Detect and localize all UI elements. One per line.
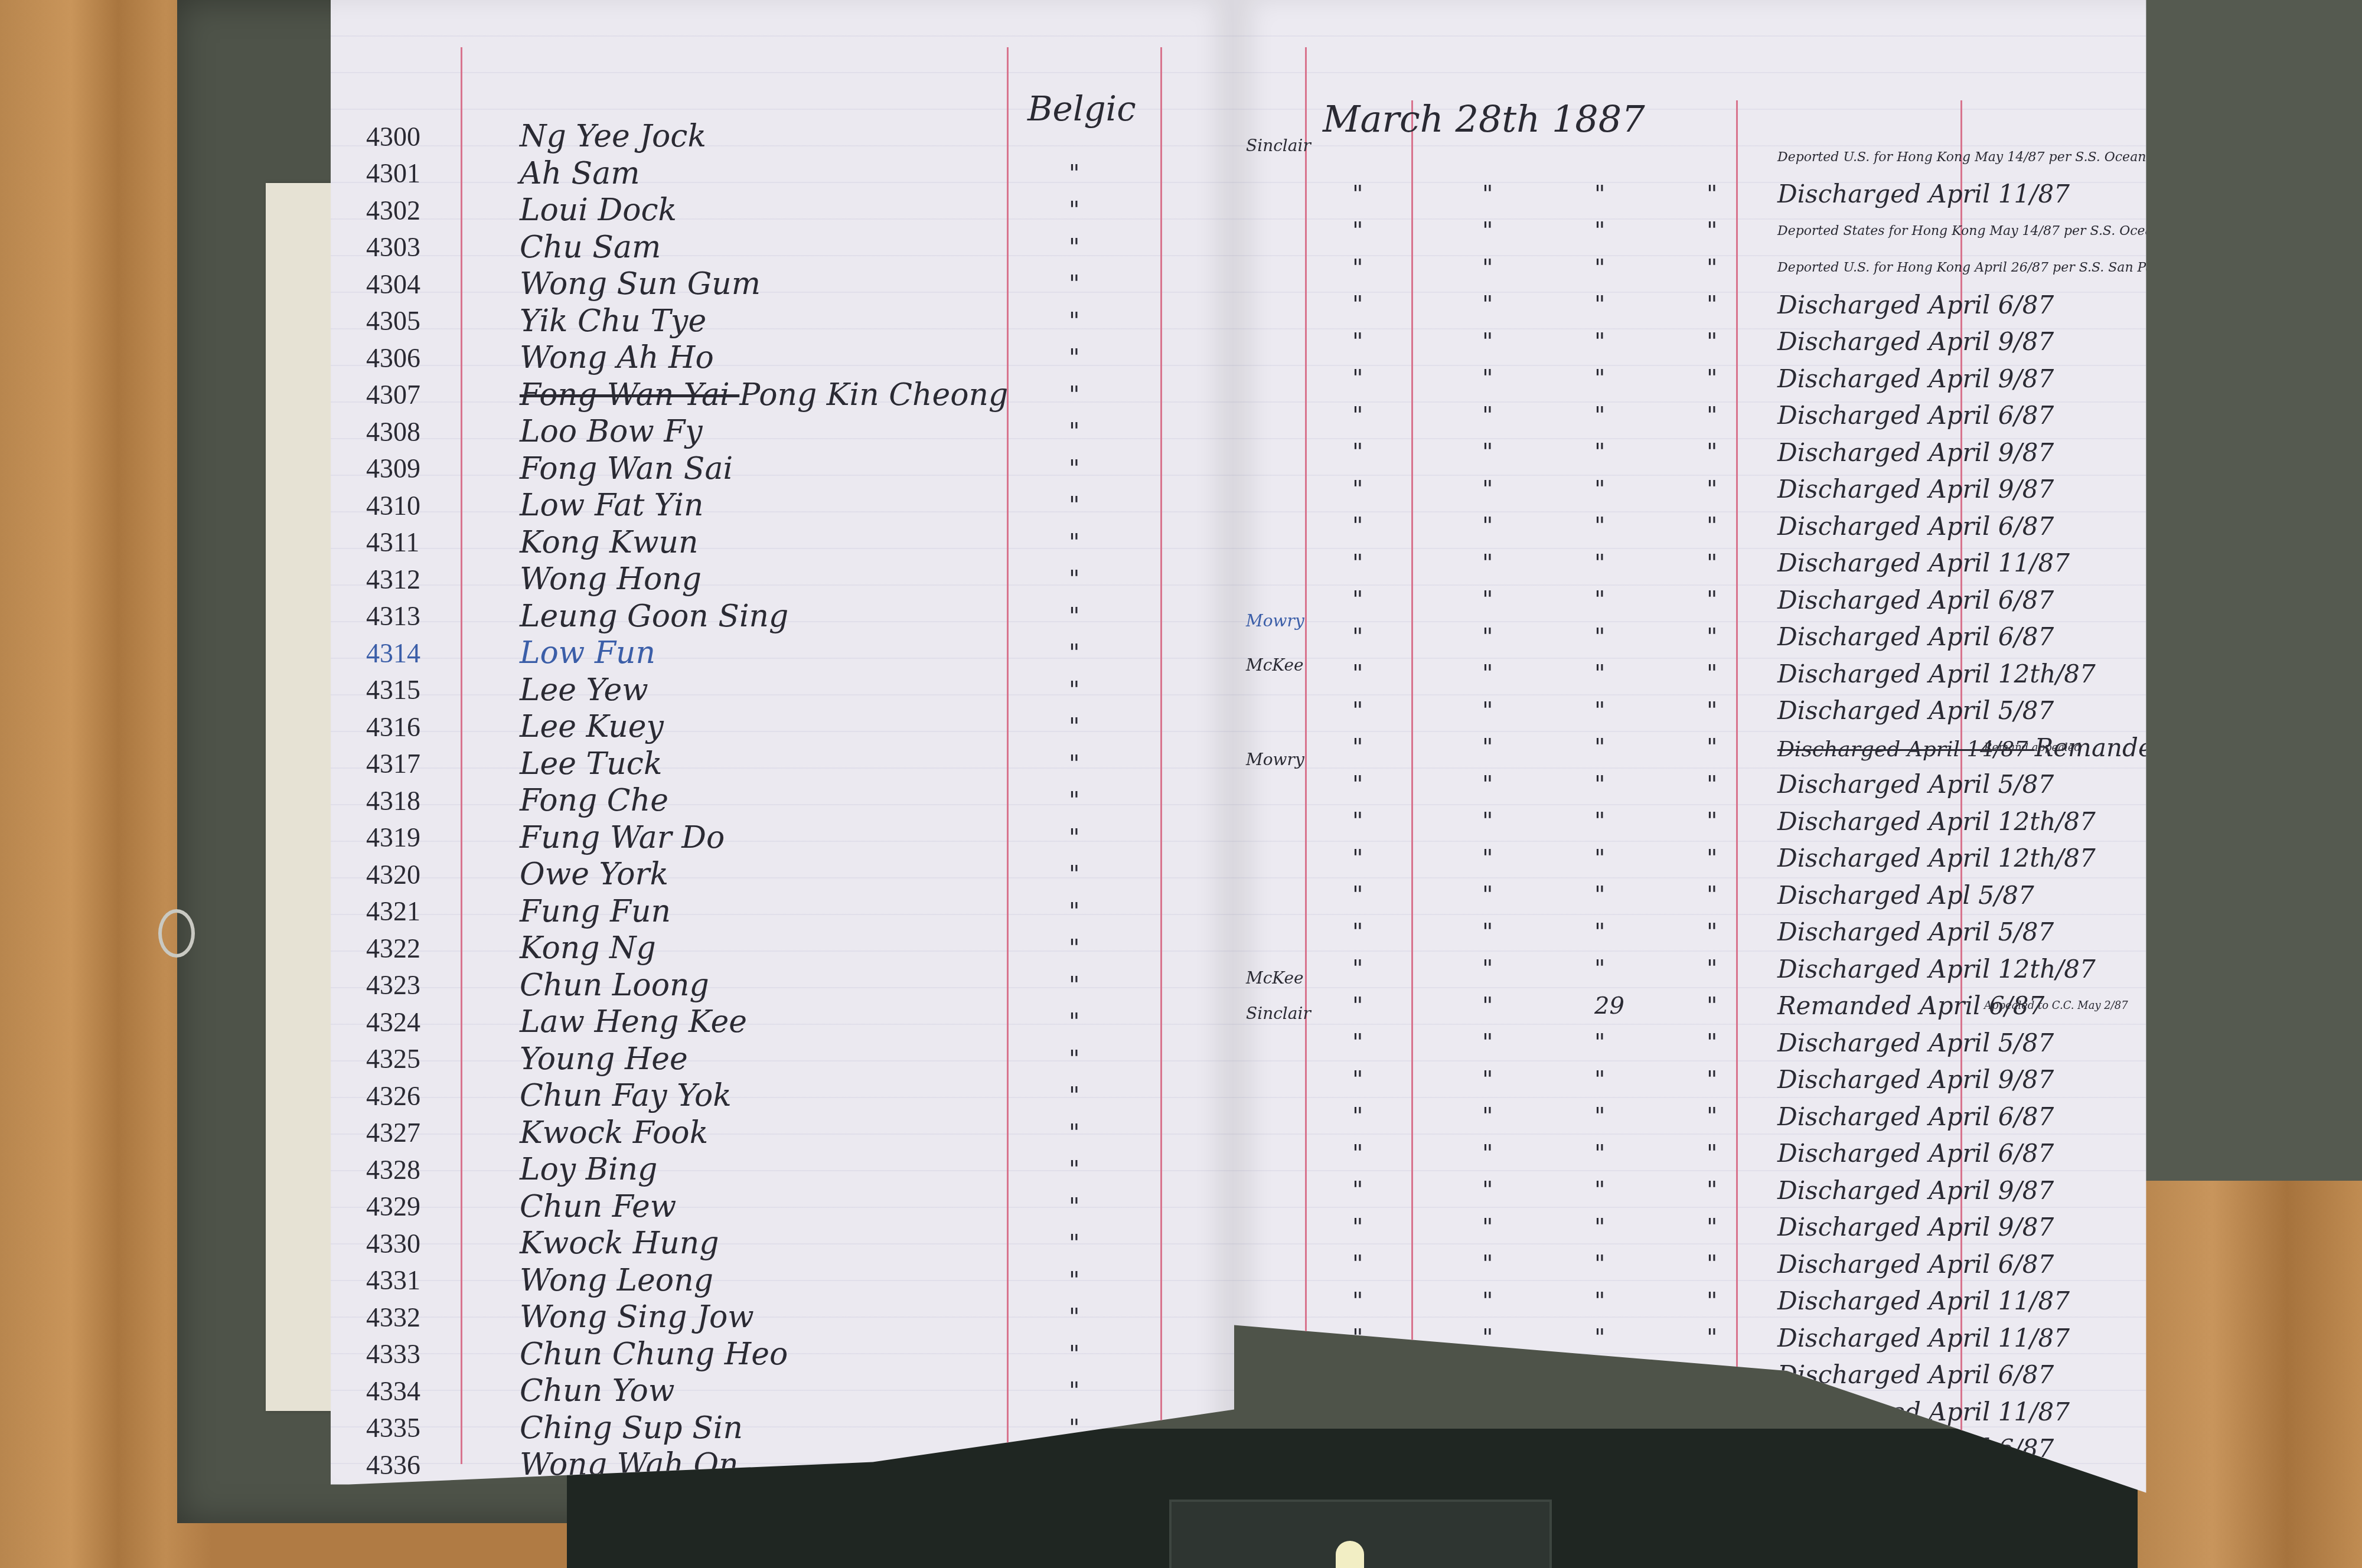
ditto-mark: " — [1594, 1288, 1605, 1315]
disposition-remark: Discharged April 9/87 — [1777, 475, 2054, 504]
ditto-mark: " — [1069, 1341, 1079, 1368]
name-text: Fung Fun — [520, 894, 671, 929]
entry-name: Fung War Do — [520, 820, 725, 855]
ditto-mark: " — [1069, 1046, 1079, 1073]
entry-number: 4323 — [366, 969, 461, 1001]
remark-row: """"Discharged April 6/87 — [1234, 619, 2149, 655]
ditto-mark: " — [1069, 824, 1079, 851]
entry-name: Law Heng Kee — [520, 1004, 747, 1040]
ditto-mark: " — [1069, 197, 1079, 224]
ditto-mark: " — [1482, 881, 1493, 909]
ledger-entry-row: 4314Low Fun" — [331, 635, 1216, 671]
entry-number: 4331 — [366, 1265, 461, 1296]
ditto-mark: " — [1352, 1214, 1363, 1241]
ditto-mark: " — [1594, 919, 1605, 946]
entry-name: Wong Hong — [520, 561, 702, 597]
entry-name: Kong Kwun — [520, 525, 698, 560]
ditto-mark: " — [1069, 566, 1079, 593]
ditto-mark: " — [1594, 808, 1605, 835]
wood-table-right — [2138, 1181, 2362, 1568]
remark-text: Discharged April 6/87 — [1777, 401, 2054, 430]
name-text: Wong Leong — [520, 1263, 713, 1298]
remark-text: Discharged April 6/87 — [1777, 512, 2054, 541]
ledger-entry-row: 4328Loy Bing" — [331, 1151, 1216, 1188]
ditto-mark: " — [1352, 291, 1363, 318]
entry-number: 4319 — [366, 822, 461, 853]
ditto-mark: " — [1707, 586, 1717, 613]
ledger-entry-row: 4334Chun Yow" — [331, 1373, 1216, 1409]
remark-text: Discharged April 9/87 — [1777, 1176, 2054, 1205]
name-text: Chun Chung Heo — [520, 1337, 788, 1372]
remark-text: Discharged April 11/87 — [1777, 1286, 2070, 1315]
entry-name: Ah Sam — [520, 156, 640, 191]
ditto-mark: " — [1707, 476, 1717, 503]
ditto-mark: " — [1594, 1177, 1605, 1204]
ledger-entry-row: 4326Chun Fay Yok" — [331, 1077, 1216, 1114]
name-text: Lee Kuey — [520, 709, 664, 744]
ditto-mark: " — [1707, 512, 1717, 540]
ditto-mark: " — [1352, 1103, 1363, 1130]
stand-light — [1336, 1541, 1364, 1568]
ditto-mark: " — [1069, 603, 1079, 630]
name-text: Wong Hong — [520, 561, 702, 597]
ditto-mark: " — [1594, 660, 1605, 687]
ledger-entry-row: 4310Low Fat Yin" — [331, 487, 1216, 524]
entry-number: 4310 — [366, 490, 461, 521]
ditto-mark: " — [1352, 1177, 1363, 1204]
ditto-mark: " — [1482, 365, 1493, 392]
disposition-remark: Discharged April 6/87 — [1777, 1139, 2054, 1168]
disposition-remark: Discharged April 6/87 — [1777, 401, 2054, 430]
ditto-mark: " — [1594, 1029, 1605, 1056]
ditto-mark: " — [1594, 1324, 1605, 1351]
entry-name: Ching Sup Sin — [520, 1410, 743, 1446]
ledger-entry-row: 4331Wong Leong" — [331, 1262, 1216, 1299]
entry-number: 4309 — [366, 453, 461, 484]
ditto-mark: " — [1707, 1288, 1717, 1315]
ditto-mark: " — [1352, 955, 1363, 982]
ditto-mark: " — [1352, 586, 1363, 613]
ditto-mark: " — [1069, 677, 1079, 704]
remark-text: Discharged April 5/87 — [1777, 696, 2054, 725]
ditto-mark: " — [1707, 808, 1717, 835]
remark-row: """"Discharged Apl 5/87 — [1234, 877, 2149, 913]
name-text: Low Fun — [520, 635, 655, 671]
ditto-mark: " — [1707, 254, 1717, 282]
ditto-mark: " — [1707, 992, 1717, 1020]
entry-number: 4314 — [366, 638, 461, 669]
remark-row: """"Discharged April 5/87 — [1234, 1024, 2149, 1061]
remark-row: """"Discharged April 9/87 — [1234, 471, 2149, 508]
name-text: Law Heng Kee — [520, 1004, 747, 1040]
entry-number: 4326 — [366, 1080, 461, 1112]
ditto-mark: " — [1069, 1008, 1079, 1035]
ditto-mark: " — [1069, 787, 1079, 814]
remark-text: Discharged April 9/87 — [1777, 1065, 2054, 1094]
ditto-mark: " — [1594, 439, 1605, 466]
remark-text: Discharged April 12th/87 — [1777, 807, 2096, 836]
disposition-remark: Discharged April 12th/87 — [1777, 955, 2096, 984]
entry-number: 4303 — [366, 231, 461, 263]
ditto-mark: " — [1594, 1250, 1605, 1278]
ledger-entry-row: 4324Law Heng Kee" — [331, 1004, 1216, 1040]
ditto-mark: " — [1069, 1377, 1079, 1404]
name-text: Ng Yee Jock — [520, 119, 706, 154]
arrival-date-header: March 28th 1887 — [1323, 97, 1645, 141]
remark-text: Discharged April 11/87 — [1777, 179, 2070, 208]
ledger-entry-row: 4305Yik Chu Tye" — [331, 303, 1216, 339]
name-text: Loo Bow Fy — [520, 414, 703, 449]
remark-row: """"Discharged April 12th/87 — [1234, 803, 2149, 839]
ditto-mark: " — [1594, 550, 1605, 577]
entry-name: Chun Few — [520, 1189, 676, 1224]
ditto-mark: " — [1352, 660, 1363, 687]
ledger-entry-row: 4319Fung War Do" — [331, 819, 1216, 856]
ditto-mark: " — [1594, 845, 1605, 872]
entry-name: Lee Yew — [520, 672, 648, 708]
name-text: Fong Wan Sai — [520, 451, 733, 486]
entry-number: 4327 — [366, 1117, 461, 1148]
ditto-mark: " — [1069, 492, 1079, 519]
entry-number: 4333 — [366, 1338, 461, 1370]
ditto-mark: " — [1352, 254, 1363, 282]
ledger-entry-row: 4333Chun Chung Heo" — [331, 1336, 1216, 1373]
remark-row: """"Discharged April 11/87 — [1234, 545, 2149, 582]
entry-number: 4316 — [366, 711, 461, 743]
remark-row: """"Discharged April 6/87 — [1234, 508, 2149, 544]
remark-row: """"Discharged April 9/87 — [1234, 1209, 2149, 1246]
ditto-mark: " — [1069, 1304, 1079, 1331]
entry-name: Loo Bow Fy — [520, 414, 703, 449]
entry-name: Wong Leong — [520, 1263, 713, 1298]
entry-number: 4336 — [366, 1449, 461, 1481]
entry-number: 4301 — [366, 158, 461, 189]
disposition-remark: Discharged April 11/87 — [1777, 1324, 2070, 1353]
ditto-mark: " — [1352, 402, 1363, 429]
ditto-mark: " — [1069, 234, 1079, 261]
ditto-mark: " — [1707, 402, 1717, 429]
remark-row: """"Discharged April 12th/87 — [1234, 950, 2149, 987]
remark-row: """"Discharged April 5/87 — [1234, 692, 2149, 729]
ditto-mark: " — [1069, 713, 1079, 740]
ditto-mark: " — [1707, 955, 1717, 982]
ditto-mark: " — [1707, 1250, 1717, 1278]
disposition-remark: Discharged April 9/87 — [1777, 438, 2054, 467]
remark-row: """"Discharged April 14/87 Remanded May … — [1234, 729, 2149, 766]
entry-number: 4302 — [366, 195, 461, 226]
ditto-mark: " — [1482, 1177, 1493, 1204]
ditto-mark: " — [1482, 919, 1493, 946]
remark-text: Discharged April 5/87 — [1777, 770, 2054, 799]
ditto-mark: " — [1707, 1177, 1717, 1204]
disposition-remark: Discharged April 9/87 — [1777, 1176, 2054, 1205]
remark-row: """"Discharged April 9/87 — [1234, 1172, 2149, 1208]
disposition-remark: Discharged April 6/87 — [1777, 1250, 2054, 1279]
remark-text: Discharged April 9/87 — [1777, 327, 2054, 356]
entry-name: Chu Sam — [520, 230, 661, 265]
ditto-mark: " — [1594, 512, 1605, 540]
entry-number: 4304 — [366, 269, 461, 300]
ditto-mark: " — [1594, 1214, 1605, 1241]
name-text: Ah Sam — [520, 156, 640, 191]
ledger-entry-row: 4301Ah Sam" — [331, 155, 1216, 192]
disposition-remark: Discharged April 6/87 — [1777, 586, 2054, 615]
green-board-right — [2126, 0, 2362, 1181]
remark-row: """"Discharged April 6/87 — [1234, 582, 2149, 618]
ditto-mark: " — [1594, 734, 1605, 761]
entry-number: 4305 — [366, 305, 461, 337]
ditto-mark: " — [1352, 1066, 1363, 1093]
ledger-entry-row: 4315Lee Yew" — [331, 672, 1216, 708]
disposition-remark: Discharged April 6/87 — [1777, 622, 2054, 651]
disposition-remark: Discharged April 12th/87 — [1777, 807, 2096, 836]
disposition-remark: Discharged April 12th/87 — [1777, 659, 2096, 688]
ditto-mark: " — [1707, 550, 1717, 577]
officer-name: Mowry — [1246, 611, 1304, 631]
ditto-mark: " — [1069, 750, 1079, 778]
officer-name: Mowry — [1246, 750, 1304, 769]
ditto-mark: " — [1707, 1324, 1717, 1351]
ledger-entry-row: 4312Wong Hong" — [331, 561, 1216, 597]
entry-name: Ng Yee Jock — [520, 119, 706, 154]
ditto-mark: " — [1069, 1230, 1079, 1257]
ditto-mark: " — [1482, 660, 1493, 687]
remark-row: """"Discharged April 9/87 — [1234, 434, 2149, 471]
ditto-mark: " — [1352, 365, 1363, 392]
disposition-remark: Discharged April 5/87 — [1777, 917, 2054, 946]
officer-name: McKee — [1246, 968, 1304, 988]
remark-text: Discharged April 6/87 — [1777, 1139, 2054, 1168]
entry-number: 4312 — [366, 564, 461, 595]
remark-row: """"Discharged April 6/87 — [1234, 1246, 2149, 1282]
ledger-entry-row: 4306Wong Ah Ho" — [331, 339, 1216, 376]
name-text: Lee Tuck — [520, 746, 662, 782]
ditto-mark: " — [1352, 881, 1363, 909]
ditto-mark: " — [1069, 160, 1079, 187]
ledger-entry-row: 4321Fung Fun" — [331, 893, 1216, 930]
entry-name: Yik Chu Tye — [520, 303, 706, 339]
ditto-mark: " — [1594, 1066, 1605, 1093]
remark-text: Discharged April 6/87 — [1777, 622, 2054, 651]
remark-row: """"Discharged April 11/87 — [1234, 176, 2149, 213]
ditto-mark: " — [1594, 402, 1605, 429]
ditto-mark: " — [1352, 1140, 1363, 1167]
struck-name: Fong Wan Yai — [520, 377, 739, 413]
ditto-mark: " — [1069, 639, 1079, 667]
ditto-mark: " — [1352, 623, 1363, 651]
entry-number: 4311 — [366, 527, 461, 558]
remark-row: """"Discharged April 11/87 — [1234, 1283, 2149, 1319]
ditto-mark: " — [1482, 512, 1493, 540]
name-text: Pong Kin Cheong — [739, 377, 1008, 413]
remark-text: Discharged April 5/87 — [1777, 1028, 2054, 1057]
name-text: Wong Sun Gum — [520, 266, 761, 302]
side-note: Appealed to C.C. May 2/87 — [1984, 999, 2128, 1012]
disposition-remark: Discharged Apl 5/87 — [1777, 881, 2034, 910]
ditto-mark: 29 — [1594, 992, 1624, 1020]
ledger-right-page: March 28th 1887 Deported U.S. for Hong K… — [1234, 0, 2155, 1523]
ditto-mark: " — [1482, 955, 1493, 982]
name-text: Yik Chu Tye — [520, 303, 706, 339]
entry-name: Chun Fay Yok — [520, 1078, 732, 1113]
remark-text: Discharged April 6/87 — [1777, 586, 2054, 615]
ditto-mark: " — [1707, 881, 1717, 909]
remark-text: Discharged April 6/87 — [1777, 1250, 2054, 1279]
remark-text: Discharged April 5/87 — [1777, 917, 2054, 946]
name-text: Owe York — [520, 857, 668, 892]
ledger-entry-row: 4329Chun Few" — [331, 1188, 1216, 1225]
binder-ring-icon — [158, 909, 195, 958]
disposition-remark: Discharged April 6/87 — [1777, 290, 2054, 319]
disposition-remark: Discharged April 6/87 — [1777, 512, 2054, 541]
entry-number: 4324 — [366, 1007, 461, 1038]
ditto-mark: " — [1352, 771, 1363, 798]
entry-number: 4332 — [366, 1302, 461, 1333]
ditto-mark: " — [1352, 734, 1363, 761]
entry-name: Fong Wan Sai — [520, 451, 733, 486]
ditto-mark: " — [1352, 1288, 1363, 1315]
name-text: Fung War Do — [520, 820, 725, 855]
ditto-mark: " — [1594, 365, 1605, 392]
disposition-remark: Discharged April 5/87 — [1777, 696, 2054, 725]
ledger-entry-row: 4313Leung Goon Sing" — [331, 598, 1216, 635]
ditto-mark: " — [1482, 845, 1493, 872]
entry-name: Fung Fun — [520, 894, 671, 929]
ledger-entry-row: 4332Wong Sing Jow" — [331, 1299, 1216, 1335]
ditto-mark: " — [1594, 1140, 1605, 1167]
entry-name: Wong Ah Ho — [520, 340, 714, 375]
ditto-mark: " — [1069, 1119, 1079, 1146]
ledger-entry-row: 4304Wong Sun Gum" — [331, 266, 1216, 302]
ditto-mark: " — [1482, 771, 1493, 798]
ditto-mark: " — [1069, 344, 1079, 371]
entry-name: Fong Wan Yai Pong Kin Cheong — [520, 377, 1008, 413]
remark-row: """"Deported U.S. for Hong Kong April 26… — [1234, 250, 2149, 286]
name-text: Wong Sing Jow — [520, 1299, 754, 1335]
entry-name: Kwock Hung — [520, 1226, 719, 1261]
disposition-remark: Discharged April 11/87 — [1777, 548, 2070, 577]
remark-row: """"Discharged April 6/87 — [1234, 286, 2149, 323]
ditto-mark: " — [1482, 291, 1493, 318]
ditto-mark: " — [1482, 1140, 1493, 1167]
entry-number: 4322 — [366, 933, 461, 964]
ditto-mark: " — [1482, 476, 1493, 503]
entry-name: Low Fat Yin — [520, 488, 703, 523]
entry-number: 4318 — [366, 785, 461, 816]
ledger-entry-row: 4300Ng Yee Jock — [331, 118, 1216, 155]
remark-text: Discharged April 9/87 — [1777, 438, 2054, 467]
ditto-mark: " — [1707, 1066, 1717, 1093]
ditto-mark: " — [1707, 1140, 1717, 1167]
name-text: Fong Che — [520, 783, 668, 818]
entry-number: 4335 — [366, 1412, 461, 1443]
officer-name: Sinclair — [1246, 1004, 1311, 1023]
ditto-mark: " — [1594, 217, 1605, 244]
ditto-mark: " — [1707, 181, 1717, 208]
ledger-entry-row: 4330Kwock Hung" — [331, 1225, 1216, 1262]
ditto-mark: " — [1707, 1029, 1717, 1056]
ditto-mark: " — [1482, 1288, 1493, 1315]
ditto-mark: " — [1069, 898, 1079, 925]
remark-row: """"Discharged April 5/87 — [1234, 766, 2149, 803]
ditto-mark: " — [1594, 181, 1605, 208]
remark-row: """"Discharged April 12th/87 — [1234, 655, 2149, 692]
ledger-entry-row: 4323Chun Loong" — [331, 967, 1216, 1004]
ditto-mark: " — [1482, 181, 1493, 208]
ditto-mark: " — [1069, 972, 1079, 999]
name-text: Kwock Fook — [520, 1115, 708, 1151]
ledger-entry-row: 4320Owe York" — [331, 856, 1216, 893]
remark-row: """"Discharged April 6/87 — [1234, 1135, 2149, 1172]
disposition-remark: Discharged April 11/87 — [1777, 1286, 2070, 1315]
entry-name: Owe York — [520, 857, 668, 892]
name-text: Young Hee — [520, 1041, 688, 1077]
remark-row: """"Discharged April 6/87 — [1234, 397, 2149, 434]
name-text: Chun Loong — [520, 968, 709, 1003]
ditto-mark: " — [1594, 881, 1605, 909]
ditto-mark: " — [1352, 512, 1363, 540]
remark-row: """"Discharged April 9/87 — [1234, 360, 2149, 397]
ditto-mark: " — [1707, 697, 1717, 724]
remark-row: """"Discharged April 5/87 — [1234, 914, 2149, 950]
ditto-mark: " — [1707, 845, 1717, 872]
entry-name: Loui Dock — [520, 192, 677, 228]
ditto-mark: " — [1069, 270, 1079, 298]
remark-text: Discharged April 12th/87 — [1777, 955, 2096, 984]
ditto-mark: " — [1069, 1082, 1079, 1109]
disposition-remark: Discharged April 11/87 — [1777, 179, 2070, 208]
ditto-mark: " — [1707, 365, 1717, 392]
officer-name: Sinclair — [1246, 136, 1311, 155]
ditto-mark: " — [1707, 1214, 1717, 1241]
ditto-mark: " — [1594, 697, 1605, 724]
entry-number: 4313 — [366, 600, 461, 632]
ditto-mark: " — [1352, 808, 1363, 835]
ditto-mark: " — [1352, 845, 1363, 872]
remark-row: """"Discharged April 9/87 — [1234, 1061, 2149, 1098]
ditto-mark: " — [1707, 734, 1717, 761]
ditto-mark: " — [1352, 217, 1363, 244]
officer-name: McKee — [1246, 655, 1304, 675]
entry-number: 4325 — [366, 1043, 461, 1074]
entry-name: Kong Ng — [520, 930, 656, 966]
name-text: Loui Dock — [520, 192, 677, 228]
name-text: Kong Ng — [520, 930, 656, 966]
entry-number: 4307 — [366, 379, 461, 410]
ditto-mark: " — [1352, 697, 1363, 724]
entry-name: Fong Che — [520, 783, 668, 818]
remark-text: Discharged April 11/87 — [1777, 548, 2070, 577]
ditto-mark: " — [1707, 328, 1717, 355]
ditto-mark: " — [1707, 623, 1717, 651]
ditto-mark: " — [1069, 1267, 1079, 1294]
entry-number: 4330 — [366, 1228, 461, 1259]
ditto-mark: " — [1707, 439, 1717, 466]
ditto-mark: " — [1352, 550, 1363, 577]
remark-row: ""29"Remanded April 6/87Appealed to C.C.… — [1234, 988, 2149, 1024]
ditto-mark: " — [1482, 402, 1493, 429]
ditto-mark: " — [1482, 1214, 1493, 1241]
remark-text: Discharged April 9/87 — [1777, 364, 2054, 393]
entry-number: 4317 — [366, 748, 461, 779]
entry-name: Lee Kuey — [520, 709, 664, 744]
name-text: Loy Bing — [520, 1152, 657, 1187]
entry-name: Low Fun — [520, 635, 655, 671]
entry-number: 4328 — [366, 1154, 461, 1185]
ditto-mark: " — [1707, 217, 1717, 244]
remark-text: Discharged April 11/87 — [1777, 1324, 2070, 1353]
disposition-remark: Discharged April 12th/87 — [1777, 844, 2096, 873]
